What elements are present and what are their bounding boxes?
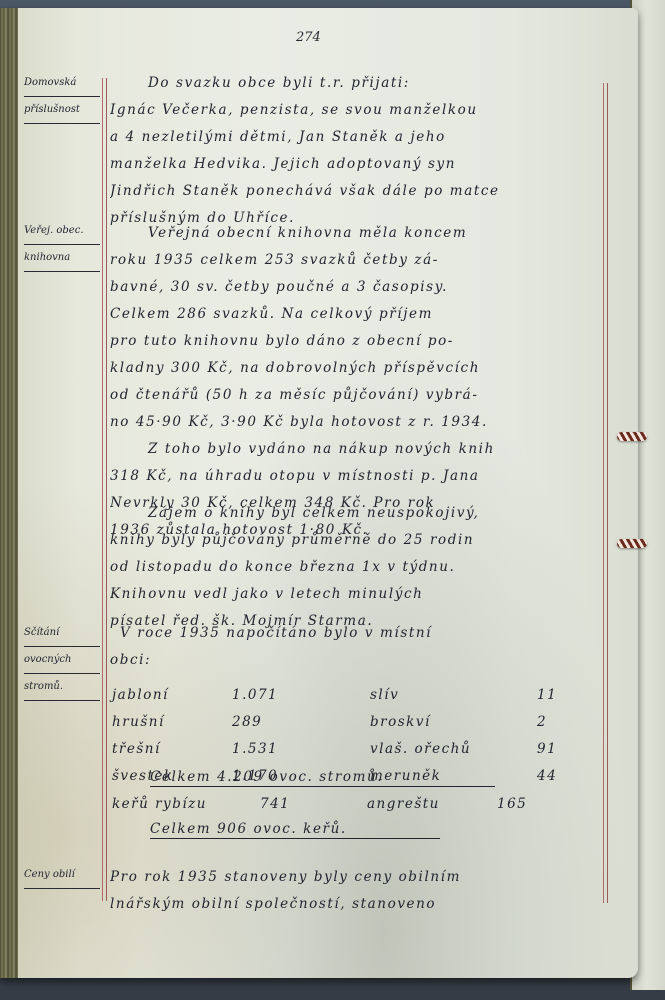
text-line: Zájem o knihy byl celkem neuspokojivý, [110, 500, 602, 527]
margin-note-line: knihovna [24, 245, 100, 272]
section-domovska: Do svazku obce byli t.r. přijati: Ignác … [110, 70, 602, 232]
bush-name: keřů rybízu [112, 796, 207, 812]
section-ceny-obili: Pro rok 1935 stanoveny byly ceny obilním… [110, 864, 630, 918]
fruit-bush-table: keřů rybízu 741 angreštu 165 [112, 796, 592, 823]
margin-note-line: Ceny obilí [24, 862, 100, 889]
book-spine [0, 8, 18, 978]
text-line: bavné, 30 sv. četby poučné a 3 časopisy. [110, 274, 602, 301]
bush-count: 165 [497, 796, 527, 812]
tree-name: jabloní [112, 687, 169, 703]
bush-name: angreštu [367, 796, 440, 812]
text-line: no 45·90 Kč, 3·90 Kč byla hotovost z r. … [110, 409, 602, 436]
margin-note-scitani: Sčítání ovocných stromů. [24, 620, 100, 701]
table-row: hrušní 289 broskví 2 [112, 714, 592, 741]
margin-note-knihovna: Veřej. obec. knihovna [24, 218, 100, 272]
text-line: obci: [110, 647, 602, 674]
margin-note-line: Domovská [24, 70, 100, 97]
text-line: Jindřich Staněk ponechává však dále po m… [110, 178, 602, 205]
binding-stitch-bottom [617, 539, 647, 548]
tree-count: 91 [537, 741, 557, 757]
tree-count: 44 [537, 768, 557, 784]
text-line: Pro rok 1935 stanoveny byly ceny obilním [110, 864, 630, 891]
table-row: jabloní 1.071 slív 11 [112, 687, 592, 714]
margin-note-ceny: Ceny obilí [24, 862, 100, 889]
text-line: od čtenářů (50 h za měsíc půjčování) vyb… [110, 382, 602, 409]
table-row: keřů rybízu 741 angreštu 165 [112, 796, 592, 823]
text-line: V roce 1935 napočítáno bylo v místní [110, 620, 602, 647]
tree-count: 11 [537, 687, 557, 703]
tree-name: broskví [370, 714, 431, 730]
margin-note-domovska: Domovská příslušnost [24, 70, 100, 124]
bush-count: 741 [260, 796, 290, 812]
section-scitani-intro: V roce 1935 napočítáno bylo v místní obc… [110, 620, 602, 674]
binding-stitch-top [617, 432, 647, 441]
tree-name: vlaš. ořechů [370, 741, 471, 757]
trees-total: Celkem 4.209 ovoc. stromů. [150, 769, 495, 787]
margin-note-line: Veřej. obec. [24, 218, 100, 245]
text-line: a 4 nezletilými dětmi, Jan Staněk a jeho [110, 124, 602, 151]
margin-note-line: Sčítání [24, 620, 100, 647]
text-line: Ignác Večerka, penzista, se svou manželk… [110, 97, 602, 124]
text-line: od listopadu do konce března 1x v týdnu. [110, 554, 602, 581]
left-margin-rule [102, 78, 107, 901]
tree-name: třešní [112, 741, 161, 757]
bushes-total: Celkem 906 ovoc. keřů. [150, 821, 440, 839]
text-line: Celkem 286 svazků. Na celkový příjem [110, 301, 602, 328]
right-margin-rule [603, 83, 608, 903]
tree-count: 289 [232, 714, 262, 730]
text-line: Veřejná obecní knihovna měla koncem [110, 220, 602, 247]
text-line: Knihovnu vedl jako v letech minulých [110, 581, 602, 608]
margin-note-line: stromů. [24, 674, 100, 701]
text-line: roku 1935 celkem 253 svazků četby zá- [110, 247, 602, 274]
margin-note-line: příslušnost [24, 97, 100, 124]
text-line: Z toho bylo vydáno na nákup nových knih [110, 436, 602, 463]
page-number: 274 [296, 30, 321, 45]
text-line: Do svazku obce byli t.r. přijati: [110, 70, 602, 97]
text-line: kladny 300 Kč, na dobrovolných příspěvcí… [110, 355, 602, 382]
margin-note-line: ovocných [24, 647, 100, 674]
text-line: manželka Hedvika. Jejich adoptovaný syn [110, 151, 602, 178]
tree-name: slív [370, 687, 399, 703]
text-line: lnářským obilní společností, stanoveno [110, 891, 630, 918]
tree-name: hrušní [112, 714, 165, 730]
section-knihovna-cont: Zájem o knihy byl celkem neuspokojivý, k… [110, 500, 602, 635]
section-knihovna: Veřejná obecní knihovna měla koncem roku… [110, 220, 602, 544]
text-line: knihy byly půjčovány průměrně do 25 rodi… [110, 527, 602, 554]
text-line: 318 Kč, na úhradu otopu v místnosti p. J… [110, 463, 602, 490]
text-line: pro tuto knihovnu bylo dáno z obecní po- [110, 328, 602, 355]
tree-count: 1.071 [232, 687, 278, 703]
tree-count: 2 [537, 714, 547, 730]
table-row: třešní 1.531 vlaš. ořechů 91 [112, 741, 592, 768]
tree-count: 1.531 [232, 741, 278, 757]
